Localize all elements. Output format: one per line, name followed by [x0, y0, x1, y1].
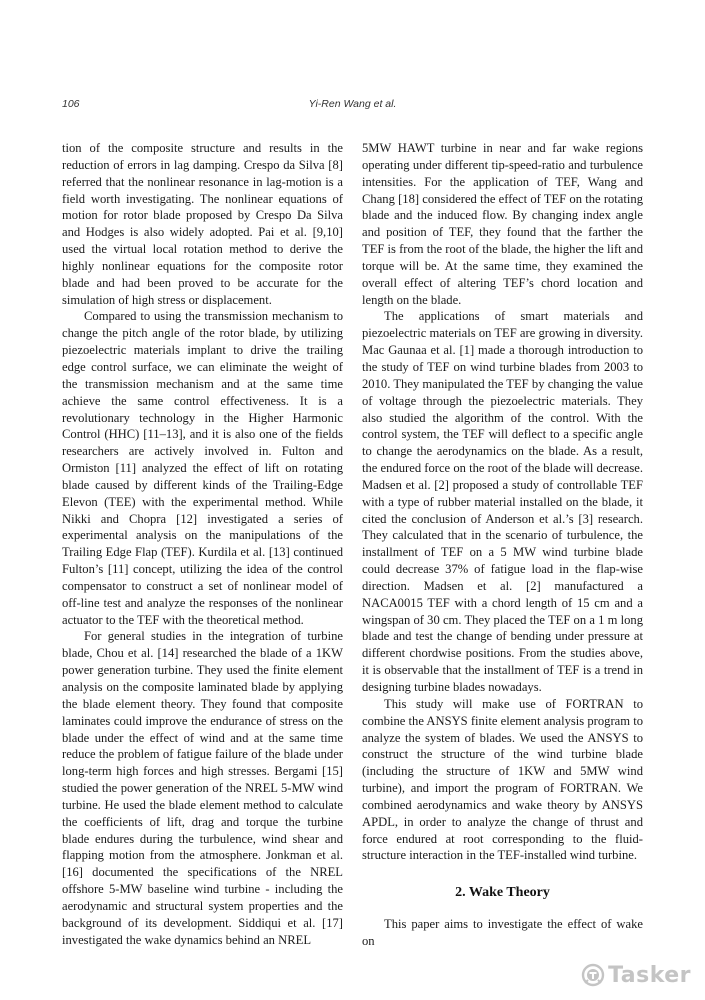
paragraph: This study will make use of FORTRAN to c…: [362, 696, 643, 864]
paragraph: tion of the composite structure and resu…: [62, 140, 343, 308]
paragraph: 5MW HAWT turbine in near and far wake re…: [362, 140, 643, 308]
section-heading: 2. Wake Theory: [362, 884, 643, 902]
paragraph: Compared to using the transmission mecha…: [62, 308, 343, 628]
running-title: Yi-Ren Wang et al.: [62, 98, 643, 110]
tasker-logo-icon: [581, 963, 605, 987]
paragraph: The applications of smart materials and …: [362, 308, 643, 695]
running-head: 106 Yi-Ren Wang et al.: [62, 98, 643, 114]
watermark: Tasker: [581, 960, 691, 990]
right-column: 5MW HAWT turbine in near and far wake re…: [362, 140, 643, 950]
paragraph: For general studies in the integration o…: [62, 628, 343, 948]
left-column: tion of the composite structure and resu…: [62, 140, 343, 949]
watermark-text: Tasker: [608, 963, 691, 988]
paragraph: This paper aims to investigate the effec…: [362, 916, 643, 950]
